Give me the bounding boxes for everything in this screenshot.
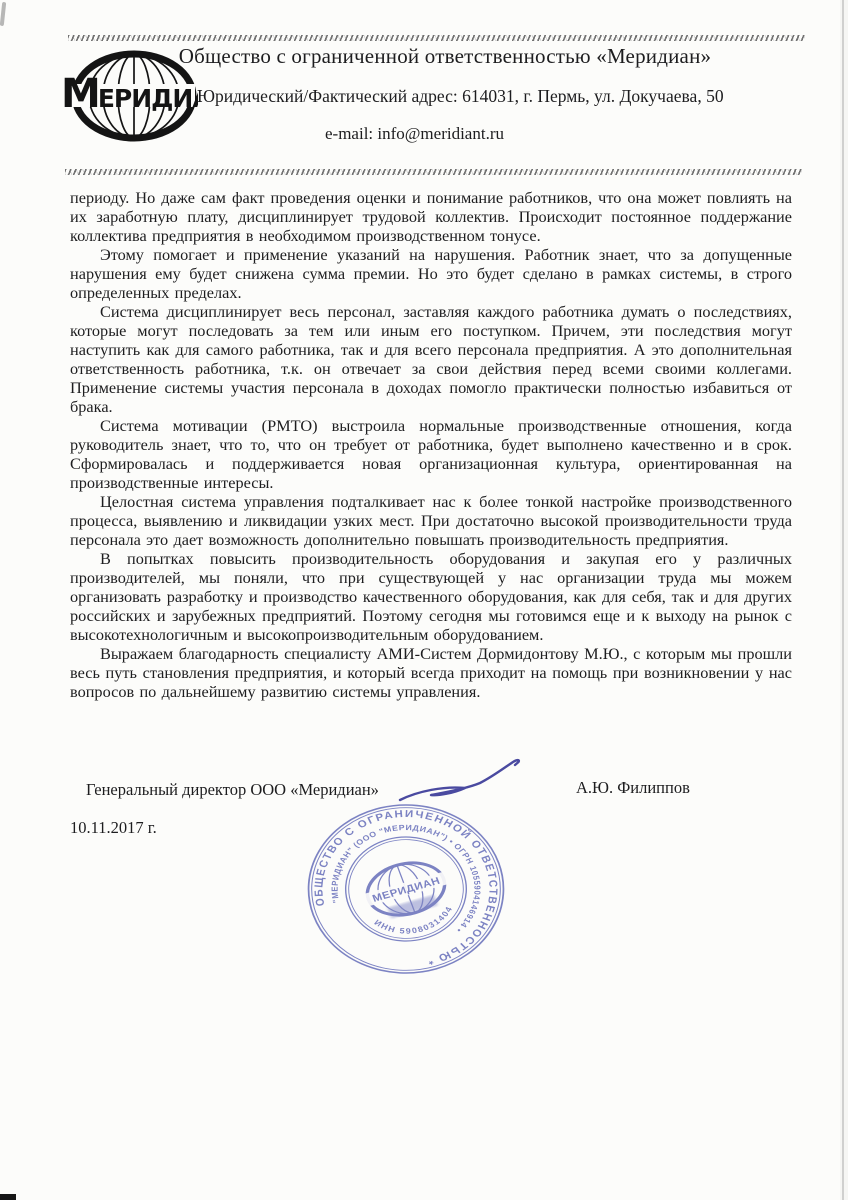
letterhead-bottom-rule xyxy=(65,169,802,175)
paragraph-5: Целостная система управления подталкивае… xyxy=(70,492,792,549)
letter-body: периоду. Но даже сам факт проведения оце… xyxy=(70,188,792,701)
scan-edge-line xyxy=(842,0,844,1200)
paragraph-7: Выражаем благодарность специалисту АМИ-С… xyxy=(70,644,792,701)
logo-rest: ЕРИДИАН xyxy=(98,84,198,113)
company-name: Общество с ограниченной ответственностью… xyxy=(90,44,800,69)
scan-mark-bottom-left xyxy=(0,1194,16,1200)
date-line: 10.11.2017 г. xyxy=(70,818,157,838)
paragraph-4: Система мотивации (РМТО) выстроила норма… xyxy=(70,416,792,492)
scanned-letter-page: МЕРИДИАН Общество с ограниченной ответст… xyxy=(0,0,848,1200)
scan-mark-top-left xyxy=(0,2,6,26)
paragraph-3: Система дисциплинирует весь персонал, за… xyxy=(70,302,792,416)
address-line: Юридический/Фактический адрес: 614031, г… xyxy=(197,86,724,107)
paragraph-2: Этому помогает и применение указаний на … xyxy=(70,245,792,302)
paragraph-6: В попытках повысить производительность о… xyxy=(70,549,792,644)
logo-initial: М xyxy=(61,71,100,117)
logo-wordmark: МЕРИДИАН xyxy=(61,71,198,117)
signer-name: А.Ю. Филиппов xyxy=(576,778,690,798)
letterhead-top-rule xyxy=(68,35,805,41)
paragraph-1: периоду. Но даже сам факт проведения оце… xyxy=(70,188,792,245)
company-seal-stamp: ОБЩЕСТВО С ОГРАНИЧЕННОЙ ОТВЕТСТВЕННОСТЬЮ… xyxy=(294,797,518,981)
email-line: e-mail: info@meridiant.ru xyxy=(325,124,504,144)
